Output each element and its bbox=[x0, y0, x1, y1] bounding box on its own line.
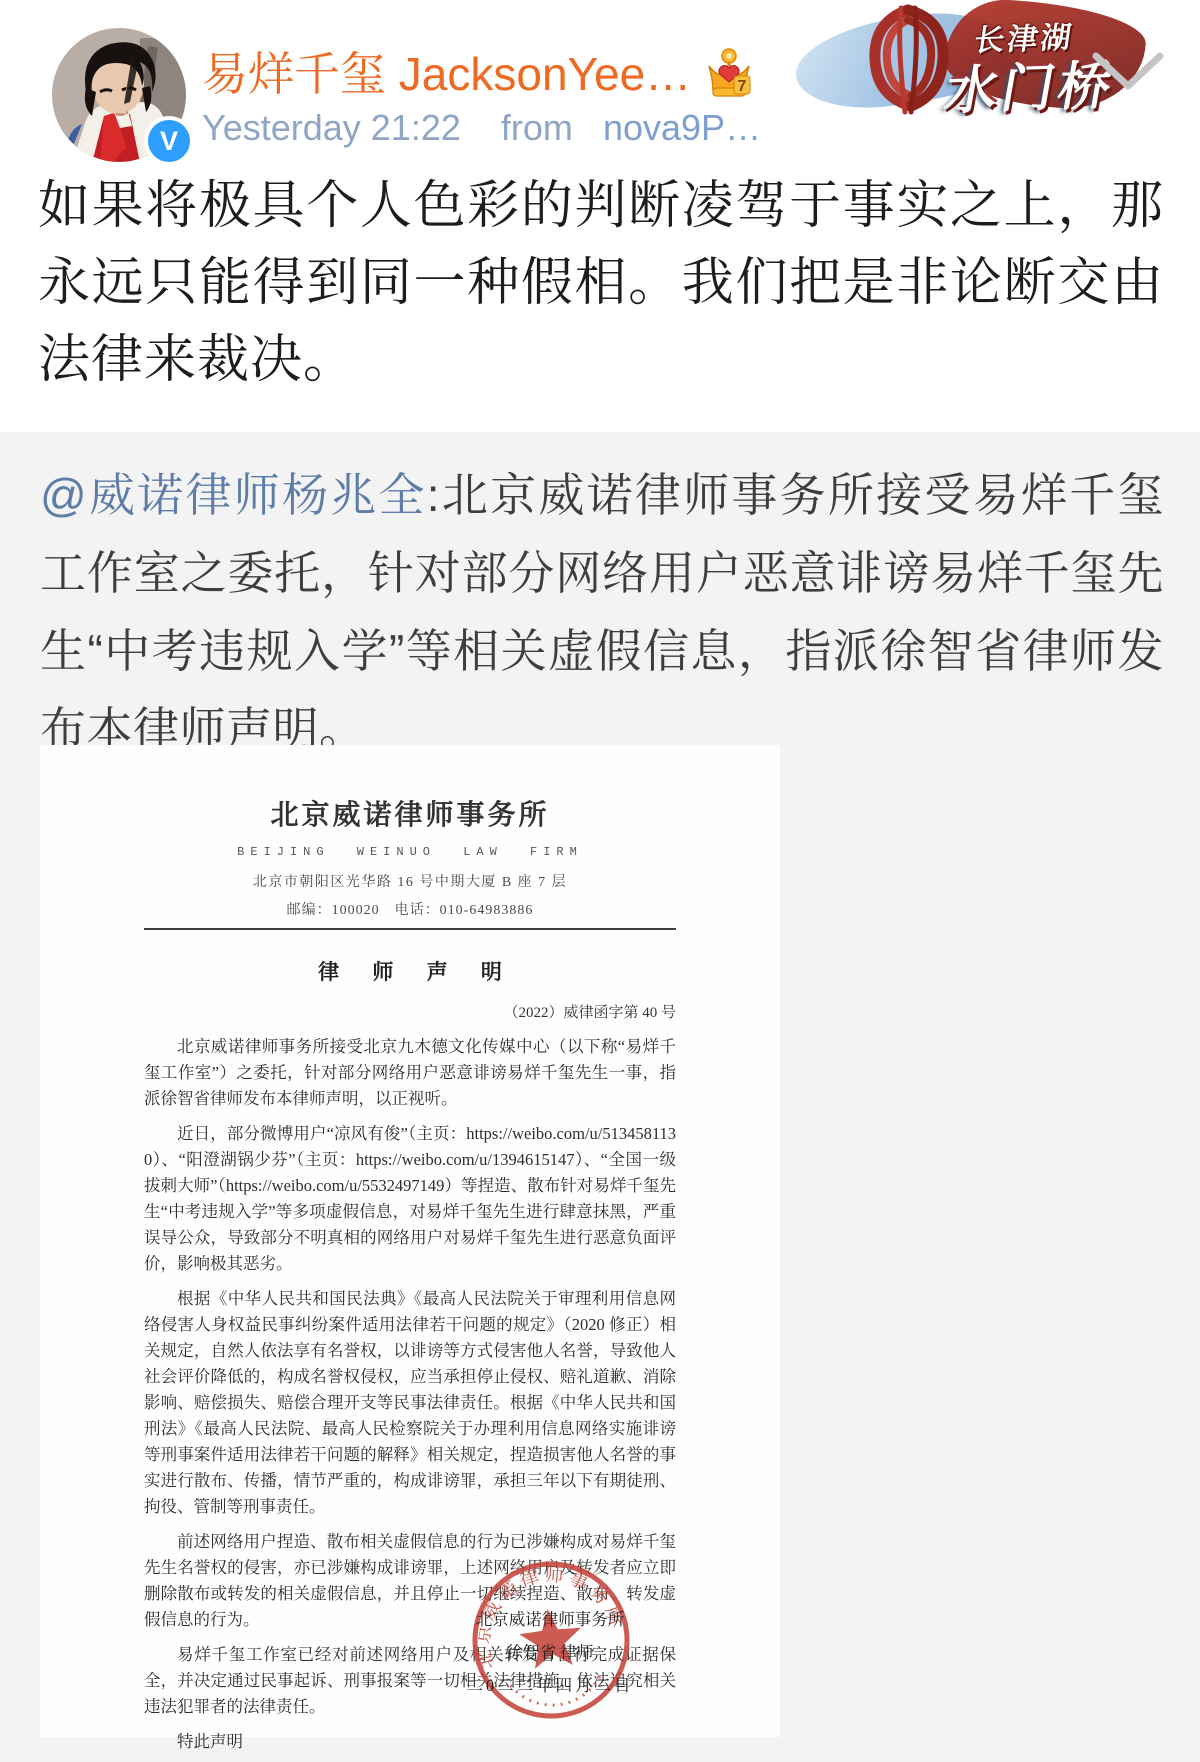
doc-title: 律 师 声 明 bbox=[40, 956, 780, 986]
signature-firm: 北京威诺律师事务所 bbox=[425, 1603, 675, 1636]
doc-firm-name-cn: 北京威诺律师事务所 bbox=[40, 793, 780, 833]
doc-reference-number: （2022）威律函字第 40 号 bbox=[144, 1001, 676, 1022]
doc-paragraph: 近日，部分微博用户“凉风有俊”（主页：https://weibo.com/u/5… bbox=[144, 1121, 676, 1277]
post-content: 如果将极具个人色彩的判断凌驾于事实之上，那永远只能得到同一种假相。我们把是非论断… bbox=[38, 168, 1164, 399]
doc-address: 北京市朝阳区光华路 16 号中期大厦 B 座 7 层 bbox=[40, 871, 780, 891]
doc-signature-block: 北京威诺律师事务所 徐智省 律师 二0二二年四月二日 bbox=[425, 1603, 675, 1702]
signature-lawyer: 徐智省 律师 bbox=[425, 1636, 675, 1669]
vip-level-number: 7 bbox=[738, 78, 747, 95]
quote-card[interactable]: @威诺律师杨兆全:北京威诺律师事务所接受易烊千玺工作室之委托，针对部分网络用户恶… bbox=[0, 432, 1200, 1762]
chevron-down-icon[interactable] bbox=[1088, 48, 1168, 96]
legal-document-image[interactable]: 北京威诺律师事务所 BEIJING WEINUO LAW FIRM 北京市朝阳区… bbox=[40, 745, 780, 1737]
watermark-knot-graphic bbox=[853, 4, 963, 116]
source-app-link[interactable]: nova9P… bbox=[603, 107, 761, 148]
source-prefix: from bbox=[501, 107, 573, 148]
watermark-ice-splash bbox=[791, 4, 1024, 115]
user-avatar[interactable]: V bbox=[52, 28, 186, 162]
author-name[interactable]: 易烊千玺 JacksonYee… bbox=[202, 48, 691, 100]
doc-paragraph: 根据《中华人民共和国民法典》《最高人民法院关于审理利用信息网络侵害人身权益民事纠… bbox=[144, 1286, 676, 1520]
verified-badge-icon: V bbox=[144, 116, 194, 166]
mention-link[interactable]: @威诺律师杨兆全 bbox=[40, 469, 427, 521]
watermark-title-top: 长津湖 bbox=[972, 12, 1078, 59]
weibo-post-screen: V 易烊千玺 JacksonYee… 7 Yesterday 21:22 fro… bbox=[0, 0, 1200, 1762]
doc-closing: 特此声明 bbox=[144, 1729, 676, 1755]
doc-paragraph: 北京威诺律师事务所接受北京九木德文化传媒中心（以下称“易烊千玺工作室”）之委托，… bbox=[144, 1034, 676, 1112]
post-timestamp: Yesterday 21:22 bbox=[202, 107, 461, 148]
doc-contact: 邮编：100020 电话：010-64983886 bbox=[40, 899, 780, 919]
signature-date: 二0二二年四月二日 bbox=[425, 1669, 675, 1702]
doc-header-rule bbox=[144, 928, 676, 930]
doc-firm-name-en: BEIJING WEINUO LAW FIRM bbox=[40, 845, 780, 859]
vip-crown-icon: 7 bbox=[701, 46, 757, 102]
post-meta: Yesterday 21:22 from nova9P… bbox=[202, 106, 761, 150]
quote-content: @威诺律师杨兆全:北京威诺律师事务所接受易烊千玺工作室之委托，针对部分网络用户恶… bbox=[40, 456, 1164, 768]
